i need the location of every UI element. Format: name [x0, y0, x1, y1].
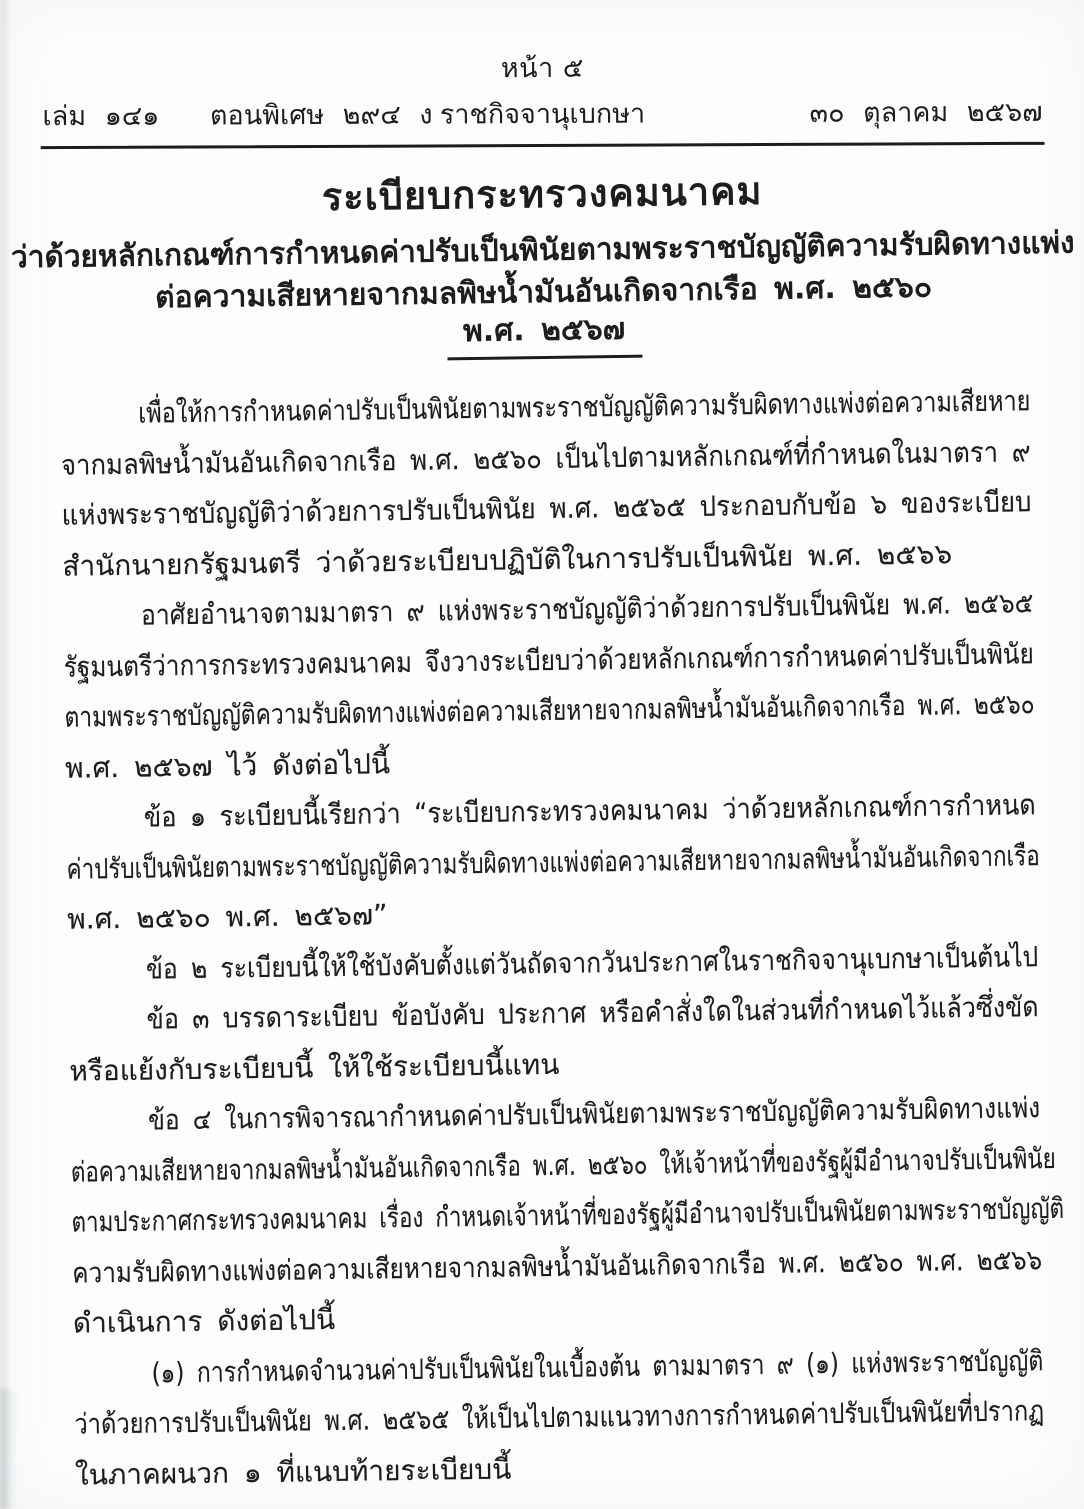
- bottom-left-scan-mark: [0, 1389, 16, 1509]
- document-content: ระเบียบกระทรวงคมนาคม ว่าด้วยหลักเกณฑ์การ…: [0, 0, 1084, 1501]
- body-line-text: หรือแย้งกับระเบียบนี้ ให้ใช้ระเบียบนี้แท…: [69, 1039, 560, 1096]
- title-divider-rule: [447, 355, 642, 361]
- body-line-text: พ.ศ. ๒๕๖๐ พ.ศ. ๒๕๖๗”: [67, 890, 388, 945]
- regulation-year-text: พ.ศ. ๒๕๖๗: [463, 313, 626, 349]
- document-body: เพื่อให้การกำหนดค่าปรับเป็นพินัยตามพระรา…: [60, 376, 1045, 1500]
- body-line-text: ดำเนินการ ดังต่อไปนี้: [73, 1295, 336, 1349]
- regulation-title-text: ระเบียบกระทรวงคมนาคม: [322, 167, 763, 221]
- regulation-title: ระเบียบกระทรวงคมนาคม: [0, 162, 1084, 225]
- gazette-page: หน้า ๕ เล่ม ๑๔๑ ตอนพิเศษ ๒๙๔ ง ราชกิจจาน…: [0, 0, 1084, 1509]
- body-line-text: พ.ศ. ๒๕๖๗ ไว้ ดังต่อไปนี้: [65, 739, 391, 794]
- body-line-text: ในภาคผนวก ๑ ที่แนบท้ายระเบียบนี้: [75, 1444, 512, 1501]
